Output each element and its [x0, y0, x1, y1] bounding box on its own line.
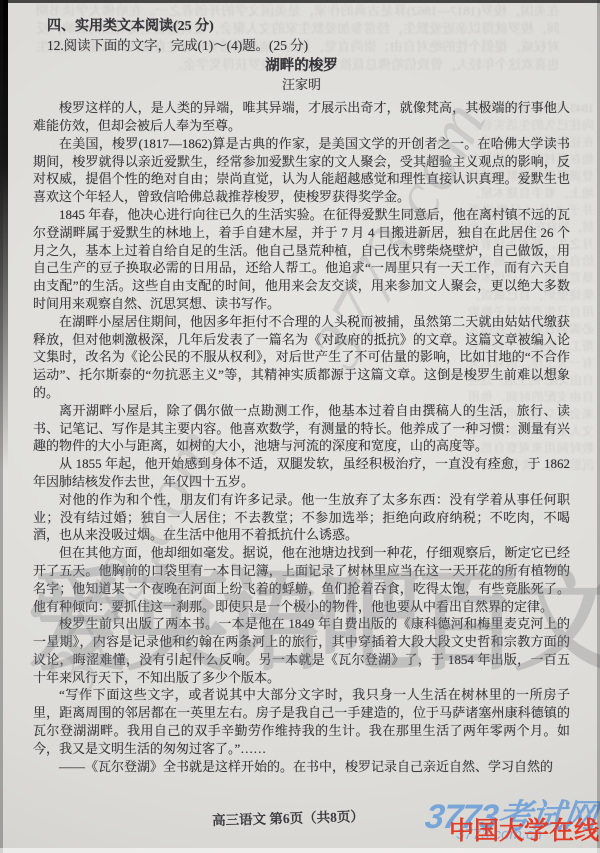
watermark-site-domain: 3773.com.cn — [456, 826, 542, 843]
watermark-banner-text: 中国大学在线 — [449, 811, 599, 847]
essay-paragraph: 1845 年春，他决心进行向往已久的生活实验。在征得爱默生同意后，他在离村镇不远… — [33, 206, 570, 313]
scanned-exam-page: 在美国，梭罗(1817—1862)算是古典的作家，是美国文学的开创者之一。在哈佛… — [0, 0, 600, 853]
question-instruction: 12.阅读下面的文字，完成(1)～(4)题。(25 分) — [47, 37, 570, 55]
essay-title: 湖畔的梭罗 — [33, 58, 570, 76]
essay-paragraph: 在美国，梭罗(1817—1862)算是古典的作家，是美国文学的开创者之一。在哈佛… — [33, 135, 570, 206]
essay-author: 汪家明 — [33, 76, 570, 94]
watermark-site-name: 3773考试网 — [423, 789, 600, 838]
essay-paragraph: 从 1855 年起，他开始感到身体不适，双腿发软，虽经积极治疗，一直没有痊愈，于… — [33, 455, 570, 491]
exam-text-block: 四、实用类文本阅读(25 分) 12.阅读下面的文字，完成(1)～(4)题。(2… — [33, 14, 570, 775]
scan-edge-bottom — [0, 848, 600, 853]
footer-page-number: 高三语文 第6页（共8页） — [212, 805, 364, 829]
section-heading: 四、实用类文本阅读(25 分) — [47, 18, 570, 36]
scan-edge-top — [0, 0, 600, 3]
essay-paragraph: 梭罗这样的人，是人类的异端，唯其异端，才展示出奇才，就像梵高，其极端的行事他人难… — [33, 99, 570, 135]
essay-paragraph: 但在其他方面，他却细如毫发。据说，他在池塘边找到一种花，仔细观察后，断定它已经开… — [33, 544, 570, 615]
essay-paragraph: 离开湖畔小屋后，除了偶尔做一点勘测工作，他基本过着自由撰稿人的生活，旅行、读书、… — [33, 402, 570, 455]
essay-paragraph: 对他的作为和个性，朋友们有许多记录。他一生放弃了太多东西：没有学着从事任何职业；… — [33, 491, 570, 544]
essay-paragraph: “写作下面这些文字，或者说其中大部分文字时，我只身一人生活在树林里的一所房子里，… — [33, 686, 570, 757]
essay-paragraph: 在湖畔小屋居住期间，他因多年拒付不合理的人头税而被捕，虽然第二天就由姑姑代缴获释… — [33, 313, 570, 402]
essay-paragraph: ——《瓦尔登湖》全书就是这样开始的。在书中，梭罗记录自己亲近自然、学习自然的 — [33, 758, 570, 776]
essay-paragraph: 梭罗生前只出版了两本书。一本是他在 1849 年自费出版的《康科德河和梅里麦克河… — [33, 615, 570, 686]
scan-edge-left-thin — [0, 0, 3, 853]
